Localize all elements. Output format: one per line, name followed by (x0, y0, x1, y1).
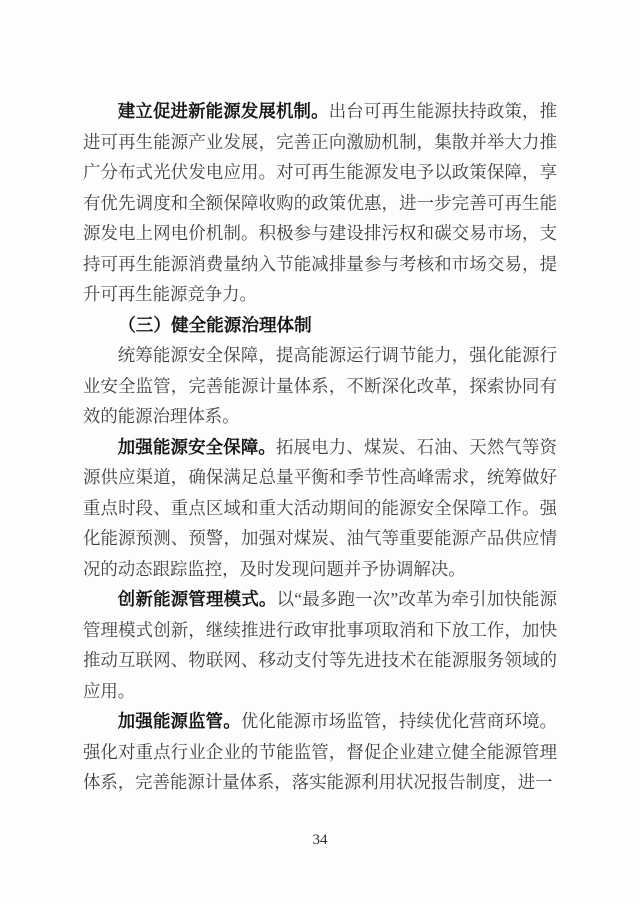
paragraph-lead: 加强能源监管。 (118, 711, 241, 731)
page-number: 34 (0, 830, 640, 850)
document-page: 建立促进新能源发展机制。出台可再生能源扶持政策，推进可再生能源产业发展，完善正向… (0, 0, 640, 905)
section-heading: （三）健全能源治理体制 (83, 310, 557, 341)
section-heading-text: （三）健全能源治理体制 (118, 315, 312, 335)
paragraph-new-energy-mechanism: 建立促进新能源发展机制。出台可再生能源扶持政策，推进可再生能源产业发展，完善正向… (83, 96, 557, 310)
paragraph-text: 拓展电力、煤炭、石油、天然气等资源供应渠道，确保满足总量平衡和季节性高峰需求，统… (83, 437, 557, 579)
paragraph-text: 出台可再生能源扶持政策，推进可再生能源产业发展，完善正向激励机制，集散并举大力推… (83, 101, 557, 304)
paragraph-lead: 建立促进新能源发展机制。 (118, 101, 329, 121)
paragraph-lead: 加强能源安全保障。 (118, 437, 276, 457)
paragraph-energy-security: 加强能源安全保障。拓展电力、煤炭、石油、天然气等资源供应渠道，确保满足总量平衡和… (83, 432, 557, 585)
page-body: 建立促进新能源发展机制。出台可再生能源扶持政策，推进可再生能源产业发展，完善正向… (83, 96, 557, 798)
paragraph-text: 统筹能源安全保障，提高能源运行调节能力，强化能源行业安全监管，完善能源计量体系，… (83, 345, 557, 426)
paragraph-governance-overview: 统筹能源安全保障，提高能源运行调节能力，强化能源行业安全监管，完善能源计量体系，… (83, 340, 557, 432)
paragraph-energy-supervision: 加强能源监管。优化能源市场监管，持续优化营商环境。强化对重点行业企业的节能监管，… (83, 706, 557, 798)
paragraph-lead: 创新能源管理模式。 (118, 589, 277, 609)
paragraph-management-model: 创新能源管理模式。以“最多跑一次”改革为牵引加快能源管理模式创新，继续推进行政审… (83, 584, 557, 706)
